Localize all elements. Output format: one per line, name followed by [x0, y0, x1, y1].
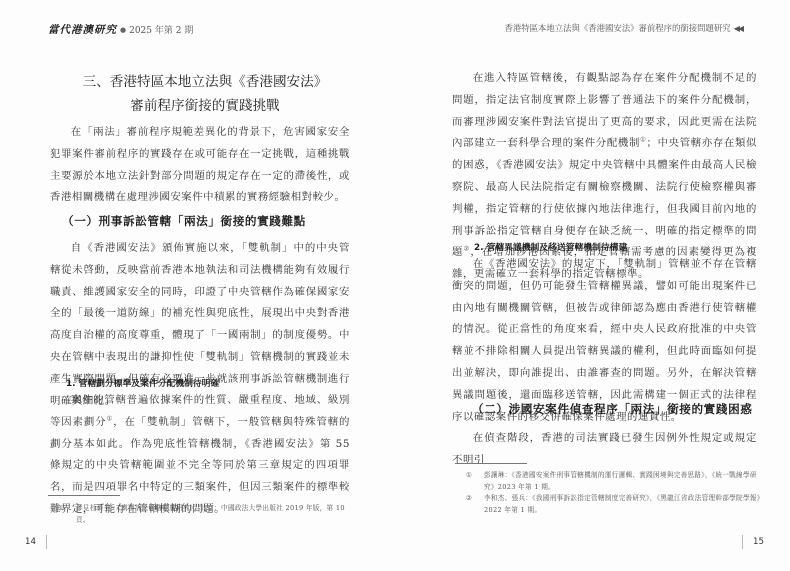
- paragraph-3: 案件的管轄普遍依據案件的性質、嚴重程度、地域、級別等因素劃分①，在「雙軌制」管轄…: [50, 390, 350, 521]
- section-title: 三、香港特區本地立法與《香港國安法》 審前程序銜接的實踐挑戰: [60, 70, 350, 118]
- intro-paragraph-block: 在「兩法」審前程序規範差異化的背景下，危害國家安全犯罪案件審前程序的實踐存在或可…: [50, 122, 350, 209]
- footnote-item: ① 參見杜夢美：《刑事訴訟管轄制度研究》，北京：中國政法大學出版社 2019 年…: [58, 503, 358, 526]
- footnotes-right: ① 彭讓琳：《香港國安案件刑事管轄機制的運行邏輯、實踐困境與完善思路》，《統一戰…: [466, 470, 762, 516]
- right-paragraph-3: 在偵查階段，香港的司法實踐已發生因例外性規定或規定不明引: [452, 428, 757, 472]
- footnote-mark: ①: [466, 470, 484, 493]
- running-header-right: 香港特區本地立法與《香港國安法》審前程序的銜接問題研究 ◀◀: [505, 22, 742, 34]
- footnote-mark: ②: [466, 493, 484, 516]
- issue-label: 2025 年第 2 期: [129, 23, 193, 36]
- paragraph-3-text-b: ，在「雙軌制」管轄下，一般管轄與特殊管轄的劃分基本如此。作為兜底性管轄機制，《香…: [50, 416, 350, 515]
- running-header-left: 當代港澳研究 ● 2025 年第 2 期: [48, 22, 193, 37]
- double-arrow-left-icon: ◀◀: [734, 24, 742, 33]
- paragraph-3-block: 案件的管轄普遍依據案件的性質、嚴重程度、地域、級別等因素劃分①，在「雙軌制」管轄…: [50, 390, 350, 521]
- subsubheading-1: 1. 管轄劃分標準及案件分配機制待明確: [66, 376, 219, 389]
- footnote-text: 參見杜夢美：《刑事訴訟管轄制度研究》，北京：中國政法大學出版社 2019 年版，…: [76, 503, 358, 526]
- footnote-text: 彭讓琳：《香港國安案件刑事管轄機制的運行邏輯、實踐困境與完善思路》，《統一戰線學…: [484, 470, 762, 493]
- footnotes-left: ① 參見杜夢美：《刑事訴訟管轄制度研究》，北京：中國政法大學出版社 2019 年…: [58, 503, 358, 526]
- footnote-divider-right: [455, 463, 527, 464]
- article-title-header: 香港特區本地立法與《香港國安法》審前程序的銜接問題研究: [505, 22, 731, 34]
- page-number: 14: [25, 537, 36, 547]
- journal-name: 當代港澳研究: [48, 22, 117, 37]
- subheading-1: （一）刑事訴訟管轄「兩法」銜接的實踐難點: [62, 213, 306, 229]
- subheading-2: （二）涉國安案件偵查程序「兩法」銜接的實踐困惑: [472, 401, 752, 417]
- footnote-divider: [48, 495, 120, 496]
- section-title-line-1: 三、香港特區本地立法與《香港國安法》: [60, 70, 350, 94]
- subsubheading-2: 2. 管轄異議機制及移送管轄機制待構建: [474, 240, 627, 253]
- page-number-right: 15: [742, 535, 764, 549]
- footnote-text: 李和杰、張兵：《我國刑事訴訟指定管轄制度完善研究》，《黑龍江省政法管理幹部學院學…: [484, 493, 762, 516]
- page-number-bar: [742, 535, 743, 549]
- page-number-left: 14: [25, 535, 47, 549]
- footnote-item: ② 李和杰、張兵：《我國刑事訴訟指定管轄制度完善研究》，《黑龍江省政法管理幹部學…: [466, 493, 762, 516]
- page-number: 15: [753, 537, 764, 547]
- separator-dot-icon: ●: [120, 26, 126, 34]
- right-paragraph-3-block: 在偵查階段，香港的司法實踐已發生因例外性規定或規定不明引: [452, 428, 757, 472]
- left-page: 當代港澳研究 ● 2025 年第 2 期 三、香港特區本地立法與《香港國安法》 …: [0, 0, 395, 571]
- intro-paragraph: 在「兩法」審前程序規範差異化的背景下，危害國家安全犯罪案件審前程序的實踐存在或可…: [50, 122, 350, 209]
- footnote-item: ① 彭讓琳：《香港國安案件刑事管轄機制的運行邏輯、實踐困境與完善思路》，《統一戰…: [466, 470, 762, 493]
- section-title-line-2: 審前程序銜接的實踐挑戰: [60, 94, 350, 118]
- footnote-mark: ①: [58, 503, 76, 526]
- book-spread: 當代港澳研究 ● 2025 年第 2 期 三、香港特區本地立法與《香港國安法》 …: [0, 0, 790, 571]
- page-number-bar: [46, 535, 47, 549]
